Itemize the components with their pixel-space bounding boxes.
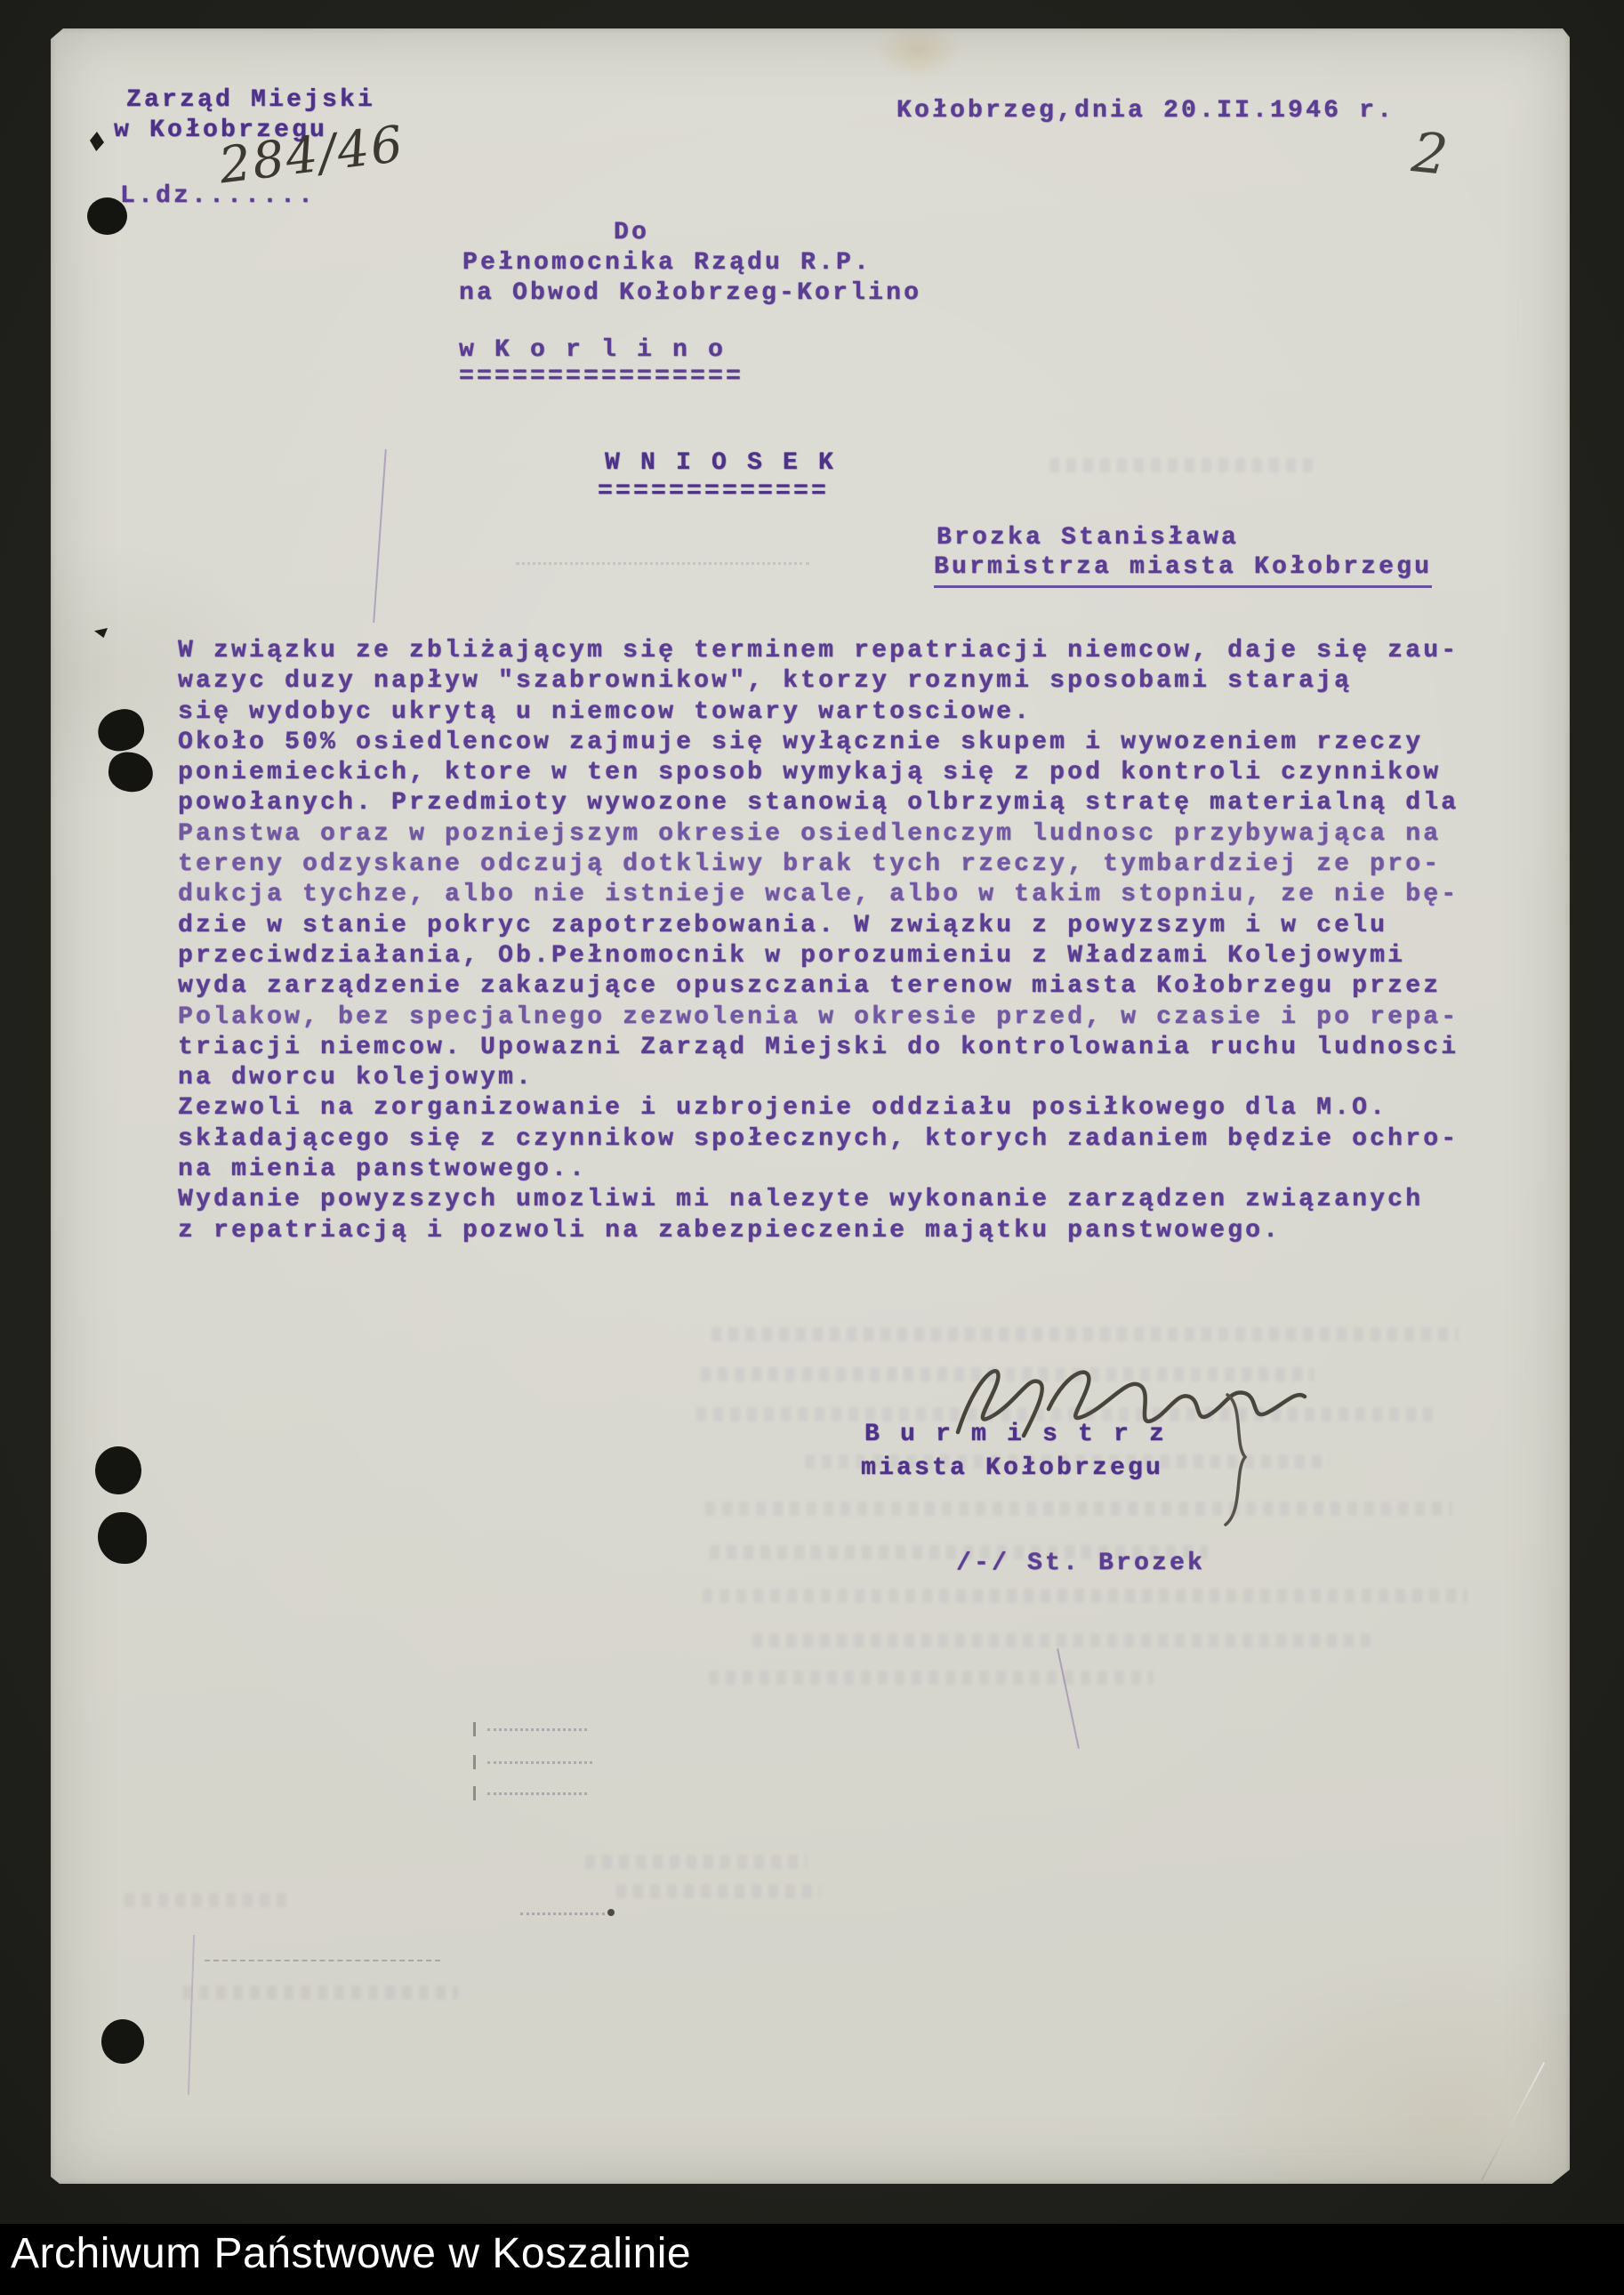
faint-dotted-line [520,1912,605,1915]
body-line: Około 50% osiedlencow zajmuje się wyłącz… [178,728,1459,758]
faint-mark [473,1722,476,1736]
body-line: poniemieckich, ktore w ten sposob wymyka… [178,758,1459,788]
punch-hole [95,1446,141,1494]
recipient-salutation: Do [614,218,649,248]
body-line: W związku ze zbliżającym się terminem re… [178,636,1459,666]
body-line: na dworcu kolejowym. [178,1063,1459,1093]
archive-caption-bar: Archiwum Państwowe w Koszalinie [0,2224,1624,2295]
punch-hole [101,2019,144,2064]
document-title-underline: ============= [598,477,829,507]
body-line: dzie w stanie pokryc zapotrzebowania. W … [178,911,1459,941]
recipient-district: na Obwod Kołobrzeg-Korlino [459,278,921,309]
bleedthrough-mark [709,1671,1154,1685]
body-line: składającego się z czynnikow społecznych… [178,1124,1459,1155]
archive-caption: Archiwum Państwowe w Koszalinie [11,2229,691,2278]
faint-dashed-line [205,1960,440,1961]
letter-body: W związku ze zbliżającym się terminem re… [178,636,1459,1246]
body-line: Wydanie powyzszych umozliwi mi nalezyte … [178,1185,1459,1215]
bleedthrough-mark [696,1407,1435,1421]
faint-dotted-line [487,1728,587,1731]
dateline: Kołobrzeg,dnia 20.II.1946 r. [896,96,1395,126]
bleedthrough-mark [752,1633,1375,1647]
letterhead-org-line1: Zarząd Miejski [126,85,375,116]
faint-mark [473,1755,476,1769]
bleedthrough-mark [516,562,809,565]
body-line: wazyc duzy napływ "szabrownikow", ktorzy… [178,666,1459,697]
bleedthrough-mark [705,1502,1452,1516]
bleedthrough-mark [616,1884,821,1898]
body-line: wyda zarządzenie zakazujące opuszczania … [178,971,1459,1002]
bleedthrough-mark [805,1454,1330,1469]
body-line: przeciwdziałania, Ob.Pełnomocnik w poroz… [178,941,1459,971]
handwritten-page-number: 2 [1409,119,1451,188]
body-line: Panstwa oraz w pozniejszym okresie osied… [178,819,1459,850]
bleedthrough-mark [712,1327,1459,1341]
body-line: powołanych. Przedmioty wywozone stanowią… [178,788,1459,818]
bleedthrough-mark [701,1367,1314,1381]
punch-hole [87,197,127,235]
bleedthrough-mark [585,1855,808,1869]
body-line: z repatriacją i pozwoli na zabezpieczeni… [178,1216,1459,1246]
body-line: Zezwoli na zorganizowanie i uzbrojenie o… [178,1093,1459,1123]
body-line: tereny odzyskane odczują dotkliwy brak t… [178,850,1459,880]
applicant-role: Burmistrza miasta Kołobrzegu [934,552,1432,588]
ink-speck [607,1909,615,1916]
applicant-name: Brozka Stanisława [937,523,1239,553]
bleedthrough-mark [703,1589,1467,1603]
recipient-office: Pełnomocnika Rządu R.P. [462,248,872,278]
faint-dotted-line [487,1792,587,1795]
bleedthrough-mark [710,1545,1208,1559]
body-line: triacji niemcow. Upowazni Zarząd Miejski… [178,1033,1459,1063]
body-line: Polakow, bez specjalnego zezwolenia w ok… [178,1003,1459,1033]
faint-mark [473,1786,476,1800]
signature-role-line1: B u r m i s t r z [864,1420,1167,1450]
recipient-underline: ================ [459,362,744,392]
punch-hole [98,1512,147,1564]
bleedthrough-mark [125,1893,293,1907]
faint-dotted-line [487,1761,592,1764]
bleedthrough-mark [182,1985,458,2000]
body-line: dukcja tychze, albo nie istnieje wcale, … [178,880,1459,910]
bleedthrough-mark [1049,458,1316,472]
body-line: na mienia panstwowego.. [178,1155,1459,1185]
body-line: się wydobyc ukrytą u niemcow towary wart… [178,697,1459,728]
document-title: W N I O S E K [605,448,836,479]
scanned-document-page: Zarząd Miejski w Kołobrzegu L.dz....... … [0,0,1624,2295]
